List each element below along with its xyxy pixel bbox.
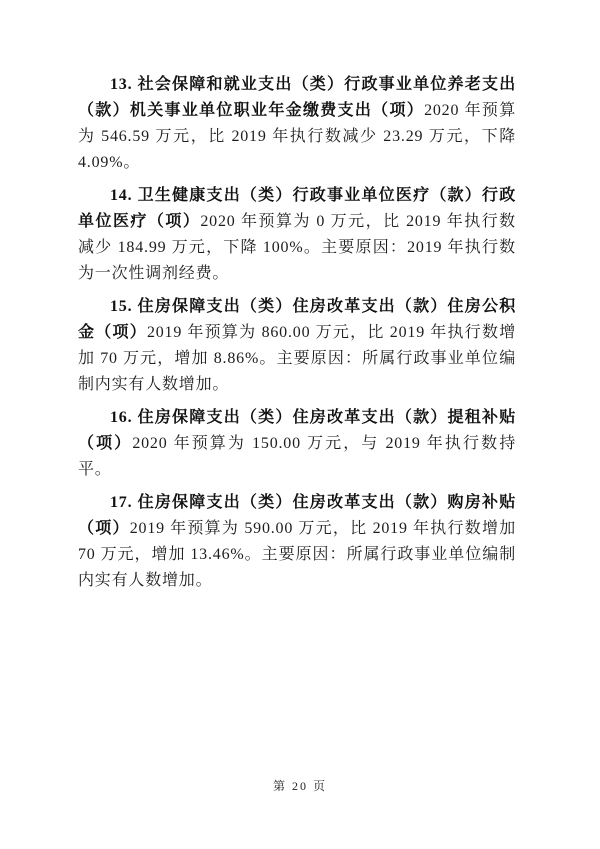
paragraph-17: 17. 住房保障支出（类）住房改革支出（款）购房补贴（项）2019 年预算为 5… <box>78 490 516 594</box>
document-page: 13. 社会保障和就业支出（类）行政事业单位养老支出（款）机关事业单位职业年金缴… <box>0 0 600 849</box>
paragraph-15: 15. 住房保障支出（类）住房改革支出（款）住房公积金（项）2019 年预算为 … <box>78 294 516 398</box>
paragraph-14: 14. 卫生健康支出（类）行政事业单位医疗（款）行政单位医疗（项）2020 年预… <box>78 183 516 287</box>
page-number-footer: 第 20 页 <box>0 779 600 793</box>
paragraph-16: 16. 住房保障支出（类）住房改革支出（款）提租补贴（项）2020 年预算为 1… <box>78 405 516 483</box>
paragraph-16-body: 2020 年预算为 150.00 万元，与 2019 年执行数持平。 <box>78 435 516 478</box>
paragraph-17-body: 2019 年预算为 590.00 万元，比 2019 年执行数增加 70 万元，… <box>78 520 516 589</box>
paragraph-13: 13. 社会保障和就业支出（类）行政事业单位养老支出（款）机关事业单位职业年金缴… <box>78 72 516 176</box>
document-body: 13. 社会保障和就业支出（类）行政事业单位养老支出（款）机关事业单位职业年金缴… <box>78 72 516 601</box>
